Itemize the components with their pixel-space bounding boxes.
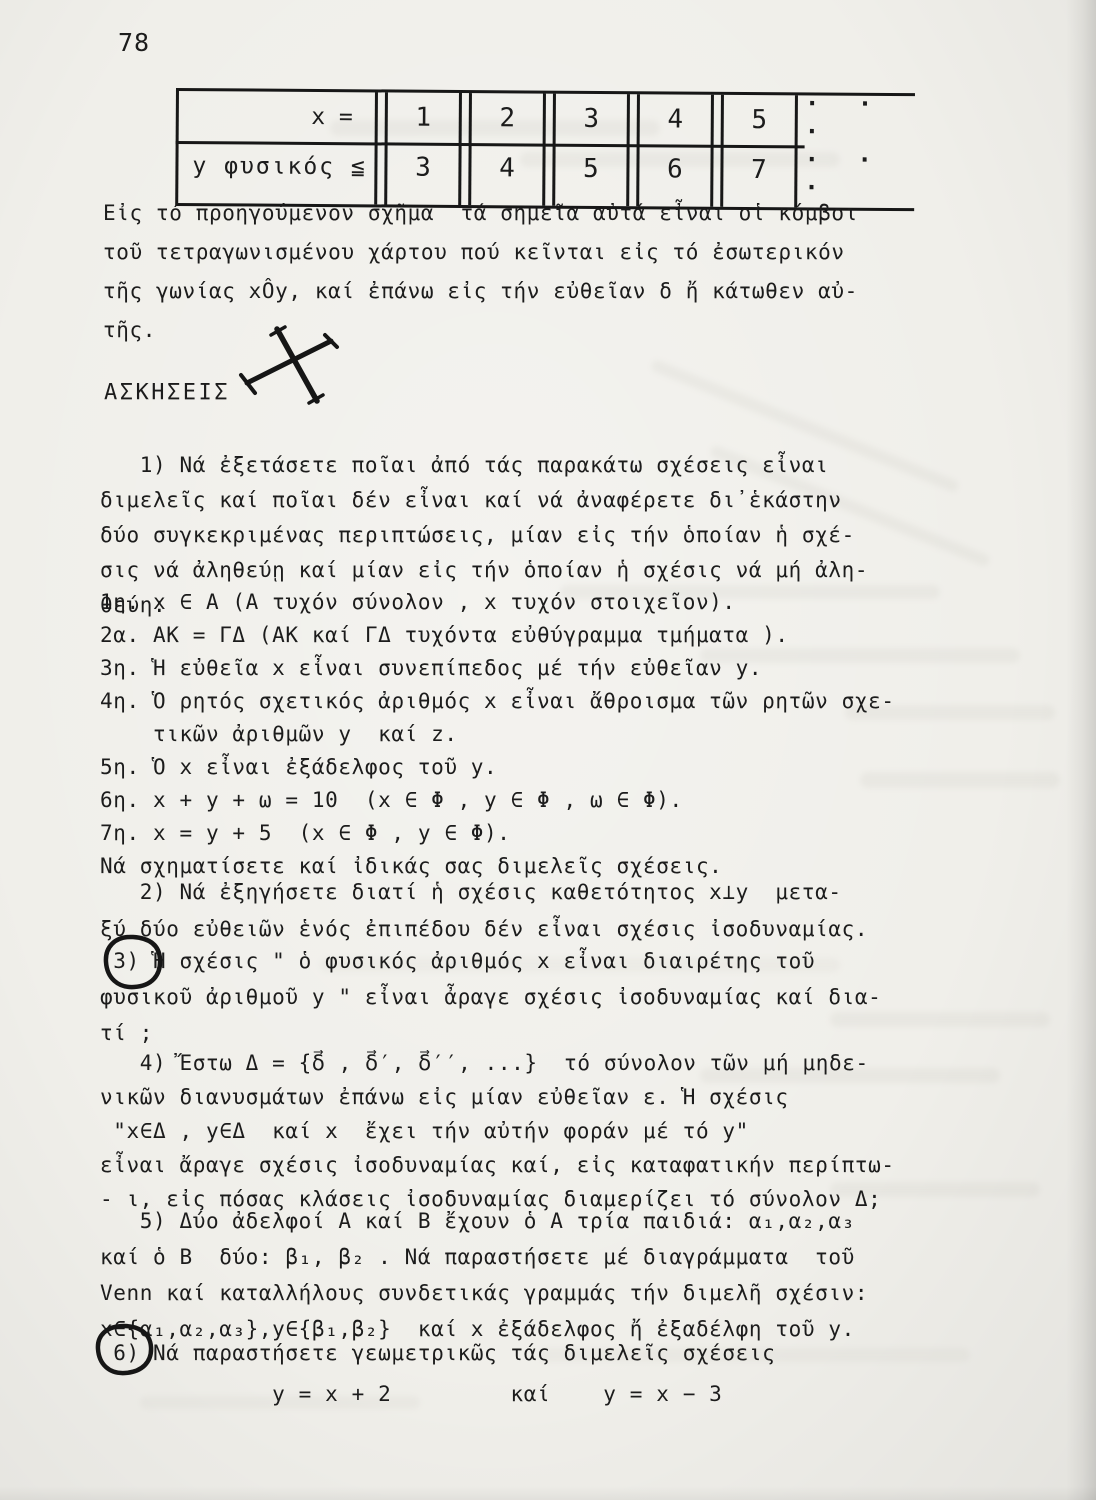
scanned-textbook-page: { "page": { "number": "78" }, "table": {… xyxy=(0,0,1096,1500)
text-line: διμελεῖς καί ποῖαι δέν εἶναι καί νά ἀναφ… xyxy=(100,483,1040,518)
table-column-2: 2 4 xyxy=(468,93,546,206)
text-line: 7η. x = y + 5 (x ∈ Φ , y ∈ Φ). xyxy=(100,817,1040,850)
text-line: Εἰς τό προηγούμενον σχῆμα τά σημεῖα αὐτά… xyxy=(103,194,1043,233)
text-line: 1η. x ∈ Α (Α τυχόν σύνολον , x τυχόν στο… xyxy=(100,586,1040,619)
exercise-4: 4) Ἔστω Δ = {δ⃗ , δ⃗′, δ⃗′′, ...} τό σύν… xyxy=(100,1046,1040,1216)
table-row1-label: x = xyxy=(179,91,375,142)
exercise-6: 6) Νά παραστήσετε γεωμετρικῶς τάς διμελε… xyxy=(100,1333,1040,1415)
text-line: 5) Δύο ἀδελφοί Α καί Β ἔχουν ὁ Α τρία πα… xyxy=(100,1203,1040,1239)
table-cell: 4 xyxy=(640,94,711,144)
text-line: σις νά ἀληθεύῃ καί μίαν εἰς τήν ὁποίαν ἡ… xyxy=(100,553,1040,588)
exercise-2: 2) Νά ἐξηγήσετε διατί ἡ σχέσις καθετότητ… xyxy=(100,874,1040,948)
text-line: φυσικοῦ ἀριθμοῦ y " εἶναι ἆραγε σχέσις ἰ… xyxy=(100,979,1040,1015)
text-line: 2α. ΑΚ = ΓΔ (ΑΚ καί ΓΔ τυχόντα εὐθύγραμμ… xyxy=(100,619,1040,652)
exercises-heading: ΑΣΚΗΣΕΙΣ xyxy=(104,380,1044,405)
text-line: εἶναι ἄραγε σχέσις ἰσοδυναμίας καί, εἰς … xyxy=(100,1148,1040,1182)
table-column-1: 1 3 xyxy=(384,92,462,205)
text-line: 1) Νά ἐξετάσετε ποῖαι ἀπό τάς παρακάτω σ… xyxy=(100,448,1040,483)
table-column-5: 5 7 xyxy=(720,95,798,208)
table-cell: 1 xyxy=(388,92,459,142)
table-column-3: 3 5 xyxy=(552,94,630,207)
exercise-5: 5) Δύο ἀδελφοί Α καί Β ἔχουν ὁ Α τρία πα… xyxy=(100,1203,1040,1347)
table-cell: 3 xyxy=(556,94,627,144)
exercise-3: 3) Ἡ σχέσις " ὁ φυσικός ἀριθμός x εἶναι … xyxy=(100,943,1040,1051)
text-line: 6η. x + y + ω = 10 (x ∈ Φ , y ∈ Φ , ω ∈ … xyxy=(100,784,1040,817)
table-cell: 5 xyxy=(724,95,795,145)
text-line: 6) Νά παραστήσετε γεωμετρικῶς τάς διμελε… xyxy=(100,1333,1040,1374)
table-cell: 5 xyxy=(555,144,626,194)
text-line: τῆς γωνίας xÔy, καί ἐπάνω εἰς τήν εὐθεῖα… xyxy=(103,272,1043,311)
table-cell: 7 xyxy=(723,145,794,195)
table-cell: 2 xyxy=(472,93,543,143)
text-line: τοῦ τετραγωνισμένου χάρτου πού κεῖνται ε… xyxy=(103,233,1043,272)
text-line: 2) Νά ἐξηγήσετε διατί ἡ σχέσις καθετότητ… xyxy=(100,874,1040,911)
page-number: 78 xyxy=(118,28,150,57)
table-cell: 3 xyxy=(387,142,458,192)
text-line: "x∈Δ , y∈Δ καί x ἔχει τήν αὐτήν φοράν μέ… xyxy=(100,1114,1040,1148)
table-label-cell: x = y φυσικός ≦ xyxy=(175,91,378,204)
values-table: x = y φυσικός ≦ 1 3 2 4 3 5 4 6 5 7 · · … xyxy=(175,88,915,211)
text-line: καί ὁ Β δύο: β₁, β₂ . Νά παραστήσετε μέ … xyxy=(100,1239,1040,1275)
intro-paragraph: Εἰς τό προηγούμενον σχῆμα τά σημεῖα αὐτά… xyxy=(103,194,1043,350)
text-line: 4) Ἔστω Δ = {δ⃗ , δ⃗′, δ⃗′′, ...} τό σύν… xyxy=(100,1046,1040,1080)
text-line: τικῶν ἀριθμῶν y καί z. xyxy=(100,718,1040,751)
text-line: 5η. Ὁ x εἶναι ἐξάδελφος τοῦ y. xyxy=(100,751,1040,784)
text-line: 4η. Ὁ ρητός σχετικός ἀριθμός x εἶναι ἄθρ… xyxy=(100,685,1040,718)
table-cell: 4 xyxy=(471,143,542,193)
table-column-4: 4 6 xyxy=(636,94,714,207)
text-line: 3η. Ἡ εὐθεῖα x εἶναι συνεπίπεδος μέ τήν … xyxy=(100,652,1040,685)
page-bottom-shadow xyxy=(0,1486,1096,1500)
table-row2-label: y φυσικός ≦ xyxy=(178,141,374,192)
table-ellipsis: · · · xyxy=(805,95,915,152)
text-line: νικῶν διανυσμάτων ἐπάνω εἰς μίαν εὐθεῖαν… xyxy=(100,1080,1040,1114)
text-line: Venn καί καταλλήλους συνδετικάς γραμμάς … xyxy=(100,1275,1040,1311)
table-cell: 6 xyxy=(639,144,710,194)
text-line: δύο συγκεκριμένας περιπτώσεις, μίαν εἰς … xyxy=(100,518,1040,553)
text-line: 3) Ἡ σχέσις " ὁ φυσικός ἀριθμός x εἶναι … xyxy=(100,943,1040,979)
exercise-1-sublist: 1η. x ∈ Α (Α τυχόν σύνολον , x τυχόν στο… xyxy=(100,586,1040,883)
table-ellipsis-cell: · · · · · · xyxy=(804,95,915,208)
text-line: y = x + 2 καί y = x − 3 xyxy=(100,1374,1040,1415)
page-edge-shadow xyxy=(1066,0,1096,1500)
text-line: τῆς. xyxy=(103,311,1043,350)
